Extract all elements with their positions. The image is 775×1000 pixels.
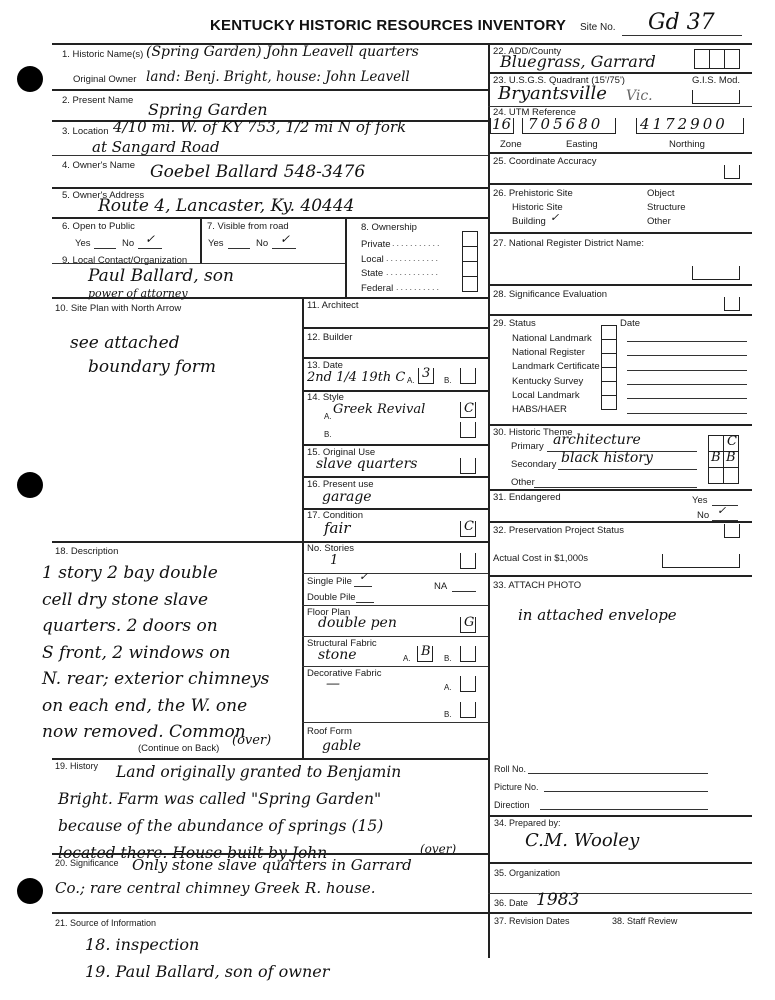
leader-dots: ............ xyxy=(386,267,440,277)
date-b-label: B. xyxy=(444,376,452,385)
condition-value[interactable]: fair xyxy=(324,519,350,537)
quadrant-value[interactable]: Bryantsville xyxy=(498,83,607,104)
row-divider xyxy=(488,424,752,426)
status-box-kentucky-survey[interactable] xyxy=(601,367,617,382)
historic-name-label: 1. Historic Name(s) xyxy=(62,49,143,60)
owner-address-value[interactable]: Route 4, Lancaster, Ky. 40444 xyxy=(98,196,354,216)
theme-primary-value[interactable]: architecture xyxy=(553,432,641,448)
status-date-line-6[interactable] xyxy=(627,412,747,414)
description-value[interactable]: 1 story 2 bay double cell dry stone slav… xyxy=(42,560,269,746)
organization-label: 35. Organization xyxy=(494,868,560,878)
builder-label: 12. Builder xyxy=(307,332,352,343)
status-habs-haer: HABS/HAER xyxy=(512,404,567,415)
ownership-private: Private xyxy=(361,239,391,250)
row-divider xyxy=(52,187,488,189)
date-a-label: A. xyxy=(407,376,415,385)
picture-no-label: Picture No. xyxy=(494,782,539,792)
ownership-state-box[interactable] xyxy=(462,261,478,277)
source-value-line1[interactable]: 18. inspection xyxy=(85,935,199,954)
building-mark[interactable]: ✓ xyxy=(550,211,559,224)
decorative-a-label: A. xyxy=(444,683,452,692)
row-divider xyxy=(52,155,488,156)
theme-grid-cell[interactable] xyxy=(708,467,724,484)
theme-secondary-value[interactable]: black history xyxy=(561,450,653,466)
location-label: 3. Location xyxy=(62,126,108,137)
object-label: Object xyxy=(647,188,674,199)
owner-name-value[interactable]: Goebel Ballard 548-3476 xyxy=(150,162,365,182)
endangered-no-label: No xyxy=(697,510,709,521)
visible-no-blank[interactable] xyxy=(272,247,296,249)
theme-primary-label: Primary xyxy=(511,441,544,452)
structural-b-label: B. xyxy=(444,654,452,663)
other-site-label: Other xyxy=(647,216,671,227)
row-divider xyxy=(302,666,488,667)
site-plan-value-line2[interactable]: boundary form xyxy=(88,357,216,377)
theme-other-label: Other xyxy=(511,477,535,488)
double-pile-label: Double Pile xyxy=(307,592,356,603)
location-value-line2[interactable]: at Sangard Road xyxy=(92,138,220,156)
single-pile-blank[interactable] xyxy=(354,585,372,587)
local-contact-label: 9. Local Contact/Organization xyxy=(62,255,187,266)
structural-fabric-value[interactable]: stone xyxy=(318,647,357,663)
row-divider xyxy=(302,573,488,574)
direction-label: Direction xyxy=(494,800,530,810)
col-divider xyxy=(345,217,347,297)
significance-label: 20. Significance xyxy=(55,858,119,868)
architect-label: 11. Architect xyxy=(307,300,359,311)
status-national-register: National Register xyxy=(512,347,585,358)
open-yes-label: Yes xyxy=(75,238,91,249)
date-value[interactable]: 2nd 1/4 19th C xyxy=(307,370,405,385)
decorative-b-box[interactable] xyxy=(460,702,476,718)
row-divider xyxy=(52,541,302,543)
open-no-blank[interactable] xyxy=(138,247,162,249)
col-divider xyxy=(200,217,202,264)
row-divider xyxy=(488,862,752,864)
status-box-landmark-certificate[interactable] xyxy=(601,353,617,368)
single-pile-label: Single Pile xyxy=(307,576,352,587)
utm-easting-value[interactable]: 705680 xyxy=(528,115,603,133)
county-code-box-1[interactable] xyxy=(694,49,710,69)
prepared-by-label: 34. Prepared by: xyxy=(494,818,561,828)
row-divider xyxy=(488,489,752,491)
ownership-private-box[interactable] xyxy=(462,231,478,247)
utm-zone-value[interactable]: 16 xyxy=(492,115,511,133)
site-plan-label: 10. Site Plan with North Arrow xyxy=(55,303,181,314)
status-kentucky-survey: Kentucky Survey xyxy=(512,376,583,387)
single-pile-mark[interactable]: ✓ xyxy=(359,570,368,583)
site-no-label: Site No. xyxy=(580,22,616,33)
roll-no-line[interactable] xyxy=(528,772,708,774)
style-a-label: A. xyxy=(324,412,332,421)
leader-dots: ............ xyxy=(386,253,440,263)
significance-evaluation-label: 28. Significance Evaluation xyxy=(493,289,607,300)
site-plan-value-line1[interactable]: see attached xyxy=(70,333,180,353)
county-code-box-2[interactable] xyxy=(709,49,725,69)
utm-zone-label: Zone xyxy=(500,139,522,150)
row-divider xyxy=(52,89,488,91)
county-code-box-3[interactable] xyxy=(724,49,740,69)
present-use-value[interactable]: garage xyxy=(322,489,372,505)
theme-grid-cell[interactable] xyxy=(723,467,739,484)
open-no-mark[interactable]: ✓ xyxy=(145,232,155,246)
original-owner-value[interactable]: land: Benj. Bright, house: John Leavell xyxy=(146,69,410,85)
decorative-fabric-value[interactable]: — xyxy=(326,676,340,692)
structure-label: Structure xyxy=(647,202,686,213)
ownership-state: State xyxy=(361,268,383,279)
middle-column-divider xyxy=(302,297,304,759)
attach-photo-label: 33. ATTACH PHOTO xyxy=(493,580,581,591)
location-value-line1[interactable]: 4/10 mi. W. of KY 753, 1/2 mi N of fork xyxy=(113,118,406,136)
row-divider xyxy=(488,232,752,234)
quadrant-extra[interactable]: Vic. xyxy=(626,88,653,104)
decorative-a-box[interactable] xyxy=(460,676,476,692)
double-pile-blank[interactable] xyxy=(356,601,374,603)
structural-b-box[interactable] xyxy=(460,646,476,662)
add-county-value[interactable]: Bluegrass, Garrard xyxy=(500,52,656,71)
endangered-label: 31. Endangered xyxy=(493,492,561,503)
present-name-label: 2. Present Name xyxy=(62,95,133,106)
visible-yes-blank[interactable] xyxy=(228,247,250,249)
status-date-line-4[interactable] xyxy=(627,383,747,385)
significance-evaluation-box[interactable] xyxy=(724,297,740,311)
row-divider xyxy=(302,636,488,637)
visible-no-label: No xyxy=(256,238,268,249)
status-local-landmark: Local Landmark xyxy=(512,390,580,401)
roof-form-value[interactable]: gable xyxy=(322,738,361,754)
decorative-fabric-label: Decorative Fabric xyxy=(307,668,381,679)
utm-northing-value[interactable]: 4172900 xyxy=(640,115,728,133)
row-divider xyxy=(302,722,488,723)
status-label: 29. Status xyxy=(493,318,536,329)
theme-secondary-line[interactable] xyxy=(558,468,697,470)
floor-plan-box-value[interactable]: G xyxy=(464,615,474,630)
row-divider xyxy=(488,152,752,154)
description-continue: (Continue on Back) xyxy=(138,743,219,754)
stories-box[interactable] xyxy=(460,553,476,569)
source-value-line2[interactable]: 19. Paul Ballard, son of owner xyxy=(85,962,329,981)
row-divider xyxy=(302,444,488,446)
ownership-local: Local xyxy=(361,254,384,265)
staff-review-label: 38. Staff Review xyxy=(612,916,677,926)
picture-no-line[interactable] xyxy=(544,790,708,792)
form-title: KENTUCKY HISTORIC RESOURCES INVENTORY xyxy=(210,17,566,34)
roll-no-label: Roll No. xyxy=(494,764,526,774)
style-b-label: B. xyxy=(324,430,332,439)
roof-form-label: Roof Form xyxy=(307,726,352,737)
style-a-value[interactable]: Greek Revival xyxy=(333,402,425,417)
row-divider xyxy=(488,521,752,523)
status-date-line-1[interactable] xyxy=(627,340,747,342)
coordinate-accuracy-box[interactable] xyxy=(724,165,740,179)
gis-mod-label: G.I.S. Mod. xyxy=(692,75,740,86)
structural-a-label: A. xyxy=(403,654,411,663)
theme-other-line[interactable] xyxy=(534,486,697,488)
ownership-local-box[interactable] xyxy=(462,246,478,262)
ownership-federal: Federal xyxy=(361,283,393,294)
status-box-local-landmark[interactable] xyxy=(601,381,617,396)
open-yes-blank[interactable] xyxy=(94,247,116,249)
condition-box-value[interactable]: C xyxy=(464,519,474,534)
utm-northing-label: Northing xyxy=(669,139,705,150)
theme-secondary-label: Secondary xyxy=(511,459,556,470)
punch-hole xyxy=(17,66,43,92)
preservation-status-label: 32. Preservation Project Status xyxy=(493,525,624,536)
visible-no-mark[interactable]: ✓ xyxy=(280,232,290,246)
row-divider xyxy=(302,357,488,359)
row-divider xyxy=(488,72,752,74)
status-date-label: Date xyxy=(620,318,640,329)
theme-grid-value: B xyxy=(726,450,736,465)
right-column-divider xyxy=(488,43,490,958)
date-prepared-label: 36. Date xyxy=(494,898,528,908)
row-divider xyxy=(488,284,752,286)
date-b-box[interactable] xyxy=(460,368,476,384)
status-landmark-certificate: Landmark Certificate xyxy=(512,361,600,372)
register-district-label: 27. National Register District Name: xyxy=(493,238,644,249)
endangered-no-mark[interactable]: ✓ xyxy=(717,504,726,517)
row-divider xyxy=(488,575,752,577)
row-divider xyxy=(302,605,488,606)
leader-dots: .......... xyxy=(396,282,441,292)
structural-a-value[interactable]: B xyxy=(421,644,431,659)
row-divider xyxy=(52,217,488,219)
style-b-box[interactable] xyxy=(460,422,476,438)
date-prepared-value[interactable]: 1983 xyxy=(536,890,579,910)
row-divider xyxy=(52,912,752,914)
direction-line[interactable] xyxy=(540,808,708,810)
visible-from-road-label: 7. Visible from road xyxy=(207,221,289,232)
source-label: 21. Source of Information xyxy=(55,918,156,928)
local-contact-value-line1[interactable]: Paul Ballard, son xyxy=(88,266,234,286)
na-blank[interactable] xyxy=(452,590,476,592)
style-a-box-value[interactable]: C xyxy=(464,401,474,416)
ownership-label: 8. Ownership xyxy=(361,222,417,233)
actual-cost-box[interactable] xyxy=(662,554,740,568)
status-date-line-3[interactable] xyxy=(627,369,747,371)
status-date-line-5[interactable] xyxy=(627,397,747,399)
prepared-by-value[interactable]: C.M. Wooley xyxy=(525,830,639,851)
original-use-box[interactable] xyxy=(460,458,476,474)
row-divider xyxy=(302,476,488,478)
original-use-value[interactable]: slave quarters xyxy=(316,456,417,472)
row-divider xyxy=(52,297,488,299)
description-over: (over) xyxy=(232,733,271,748)
row-divider xyxy=(488,815,752,817)
historic-name-value[interactable]: (Spring Garden) John Leavell quarters xyxy=(146,44,419,60)
row-divider xyxy=(488,893,752,894)
stories-value[interactable]: 1 xyxy=(330,553,338,568)
significance-value-line1[interactable]: Only stone slave quarters in Garrard xyxy=(132,856,412,874)
coordinate-accuracy-label: 25. Coordinate Accuracy xyxy=(493,156,597,167)
leader-dots: ........... xyxy=(392,238,442,248)
present-name-value[interactable]: Spring Garden xyxy=(148,100,268,119)
row-divider xyxy=(488,314,752,316)
prehistoric-site-label: 26. Prehistoric Site xyxy=(493,188,573,199)
actual-cost-label: Actual Cost in $1,000s xyxy=(493,553,588,564)
na-label: NA xyxy=(434,581,447,592)
row-divider xyxy=(488,183,752,185)
row-divider xyxy=(302,327,488,329)
significance-value-line2[interactable]: Co.; rare central chimney Greek R. house… xyxy=(55,879,376,897)
history-value[interactable]: Land originally granted to Benjamin Brig… xyxy=(58,759,401,867)
attach-photo-value[interactable]: in attached envelope xyxy=(518,606,677,624)
site-no-value[interactable]: Gd 37 xyxy=(648,10,715,35)
preservation-status-box[interactable] xyxy=(724,524,740,538)
date-a-value[interactable]: 3 xyxy=(422,366,430,381)
status-date-line-2[interactable] xyxy=(627,354,747,356)
building-label: Building xyxy=(512,216,546,227)
theme-grid-value: B xyxy=(711,450,721,465)
open-no-label: No xyxy=(122,238,134,249)
punch-hole xyxy=(17,472,43,498)
status-national-landmark: National Landmark xyxy=(512,333,592,344)
utm-easting-label: Easting xyxy=(566,139,598,150)
register-district-box[interactable] xyxy=(692,266,740,280)
revision-dates-label: 37. Revision Dates xyxy=(494,916,570,926)
decorative-b-label: B. xyxy=(444,710,452,719)
owner-name-label: 4. Owner's Name xyxy=(62,160,135,171)
original-owner-label: Original Owner xyxy=(73,74,136,85)
status-box-national-landmark[interactable] xyxy=(601,325,617,340)
status-box-habs-haer[interactable] xyxy=(601,395,617,410)
gis-mod-box[interactable] xyxy=(692,90,740,104)
description-label: 18. Description xyxy=(55,546,118,557)
punch-hole xyxy=(17,878,43,904)
row-divider xyxy=(52,853,488,855)
visible-yes-label: Yes xyxy=(208,238,224,249)
theme-grid-value: C xyxy=(727,434,737,449)
status-box-national-register[interactable] xyxy=(601,339,617,354)
floor-plan-value[interactable]: double pen xyxy=(318,615,397,631)
endangered-yes-label: Yes xyxy=(692,495,708,506)
ownership-federal-box[interactable] xyxy=(462,276,478,292)
open-to-public-label: 6. Open to Public xyxy=(62,221,135,232)
